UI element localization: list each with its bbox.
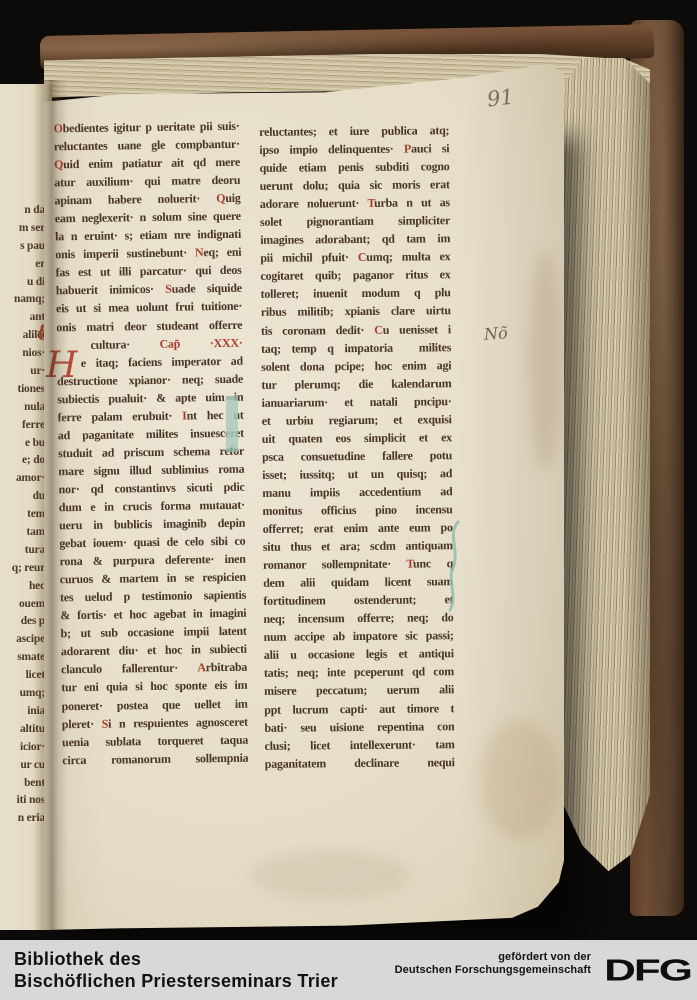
manuscript-line: eis ut si mea uolunt frui tuitione· [56,297,242,318]
text-column-right: reluctantes; et iure publica atq;ipso im… [259,121,455,779]
manuscript-line: ipso impio delinquentes· Pauci si [259,139,449,159]
facing-page-line-fragment: ur· [0,363,45,381]
margin-note: Nõ [483,323,508,344]
funding-credit: gefördert von der Deutschen Forschungsge… [395,951,591,977]
manuscript-line: pleret· Si n respuientes agnosceret [62,712,248,733]
decorated-initial: H [46,348,77,384]
dfg-logo: DFG [604,953,691,988]
facing-page-line-fragment: icior· [0,739,45,757]
manuscript-line: poneret· postea que uellet im [61,694,247,715]
manuscript-line: tur eni quia si hoc sponte eis im [61,676,247,697]
funding-credit-line1: gefördert von der [395,951,591,964]
digitization-footer: Bibliothek des Bischöflichen Priestersem… [0,940,697,1000]
facing-page-line-fragment: tiones [0,381,45,399]
manuscript-line: neq; incensum offerre; neq; do [263,608,453,628]
facing-page-line-fragment: ferre [0,417,45,435]
facing-page-line-fragment: des p [0,613,45,631]
manuscript-line: ianuariarum· et natali pncipu· [262,392,452,412]
manuscript-line: ppt lucrum capti· aut timore t [264,699,454,719]
facing-page-line-fragment: n da [0,202,45,220]
manuscript-line: solent dona pcipe; hoc enim agi [261,356,451,376]
facing-page-line-fragment: tam [0,524,45,542]
facing-page-line-fragment: amor· [0,470,45,488]
manuscript-line: dem alii quidam licent suam [263,572,453,592]
facing-page-line-fragment: ascipe [0,631,45,649]
manuscript-line: ribus militib; xpianis clare uirtu [261,302,451,322]
facing-page-line-fragment: ur cu [0,757,45,775]
manuscript-line: onis matri deor studeant offerre [56,315,242,336]
facing-page-line-fragment: du [0,488,45,506]
facing-page-line-fragment: umq; [0,685,45,703]
manuscript-line: clusi; licet intellexerunt· tam [264,735,454,755]
manuscript-line: alii u occasione legis et antiqui [264,645,454,665]
manuscript-line: uit quaten eos simplicit et ex [262,428,452,448]
funding-credit-line2: Deutschen Forschungsgemeinschaft [395,964,591,977]
facing-page-text-edge: n dam sers paueru dinamq;antalileinios·u… [0,202,48,842]
facing-page-line-fragment: e bu [0,435,45,453]
facing-page-line-fragment: iti nos [0,792,45,810]
facing-page-line-fragment: tem [0,506,45,524]
facing-page-line-fragment: bent [0,775,45,793]
manuscript-line: uenia sublata torqueret taqua [62,730,248,751]
manuscript-line: reluctantes; et iure publica atq; [259,121,449,141]
manuscript-line: paganitatem declinare nequi [265,753,455,773]
manuscript-line: situ thus et ara; scdm antiquam [263,536,453,556]
manuscript-line: circa romanorum sollempnia [62,748,248,769]
manuscript-line: ad paganitate milites insuesceret [58,424,244,445]
facing-page-line-fragment: e; do [0,452,45,470]
green-flourish-ornament [444,520,462,612]
manuscript-line: ferre palam erubuit· Int hec ut [57,405,243,426]
facing-page-line-fragment: u di [0,274,45,292]
manuscript-line: num accipe ab impatore sic passi; [264,626,454,646]
facing-page-line-fragment: n eria [0,810,45,828]
manuscript-line: manu impiis accedentium ad [262,482,452,502]
manuscript-line: tolleret; inuenit modum q plu [261,284,451,304]
manuscript-line: cultura· Cap̃ ·XXX· [56,333,242,354]
manuscript-line: monitus officius pino incensu [262,500,452,520]
manuscript-line: isset; iussitq; ut un quisq; ad [262,464,452,484]
manuscript-line: subiectis pualuit· & apte uim in [57,387,243,408]
manuscript-line: taq; temp q impatoriamilites [261,338,451,358]
manuscript-line: solet pignorantiam simpliciter [260,211,450,231]
facing-page-line-fragment: ouem [0,596,45,614]
facing-page-line-fragment: nula [0,399,45,417]
manuscript-line: imagines adorabant; qd tam im [260,229,450,249]
manuscript-line: uerunt dolu; quia sic moris erat [260,175,450,195]
facing-page-line-fragment: nios· [0,345,45,363]
manuscript-line: destructione xpianor· neq; suade [57,369,243,390]
library-credit-line1: Bibliothek des [14,948,338,970]
facing-page-line-fragment: licet [0,667,45,685]
text-column-left: Obedientes igitur p ueritate pii suis·re… [53,117,248,776]
library-credit: Bibliothek des Bischöflichen Priestersem… [14,948,338,992]
facing-page-line-fragment: hec [0,578,45,596]
manuscript-line: psca consuetudine fallere potu [262,446,452,466]
manuscript-line: offerret; erat enim ante eum po [263,518,453,538]
facing-page-line-fragment: q; reur [0,560,45,578]
manuscript-line: romanor sollempnitate· Tunc q [263,554,453,574]
manuscript-line: misere peccatum; uerum alii [264,681,454,701]
manuscript-line: bati· seu uisione repentina con [264,717,454,737]
manuscript-line: adorare noluerunt· Turba n ut as [260,193,450,213]
manuscript-line: pii michil pfuit· Cumq; multa ex [260,248,450,268]
manuscript-line: fortitudinem ostenderunt; et [263,590,453,610]
library-credit-line2: Bischöflichen Priesterseminars Trier [14,970,338,992]
manuscript-line: quide etiam penis subditi cogno [259,157,449,177]
facing-page-line-fragment: namq; [0,291,45,309]
manuscript-line: tatis; neq; inte pceperunt qd com [264,663,454,683]
facing-page-line-fragment: inia [0,703,45,721]
manuscript-line: cogitaret quib; paganor ritus ex [260,266,450,286]
manuscript-line: tur plerumq; die kalendarum [261,374,451,394]
facing-page-line-fragment: er [0,256,45,274]
facing-page-line-fragment: m ser [0,220,45,238]
facing-page-line-fragment: tura [0,542,45,560]
facing-page-line-fragment: smate [0,649,45,667]
manuscript-line: e itaq; faciens imperator ad [57,351,243,372]
folio-number: 91 [486,84,515,111]
facing-page-line-fragment: s pau [0,238,45,256]
green-initial-ornament [226,396,238,452]
manuscript-line: et urbiu regiarum; et exquisi [262,410,452,430]
facing-page-line-fragment: altitu [0,721,45,739]
manuscript-photo: n dam sers paueru dinamq;antalileinios·u… [0,0,697,1000]
manuscript-line: tis coronam dedit· Cu uenisset i [261,320,451,340]
